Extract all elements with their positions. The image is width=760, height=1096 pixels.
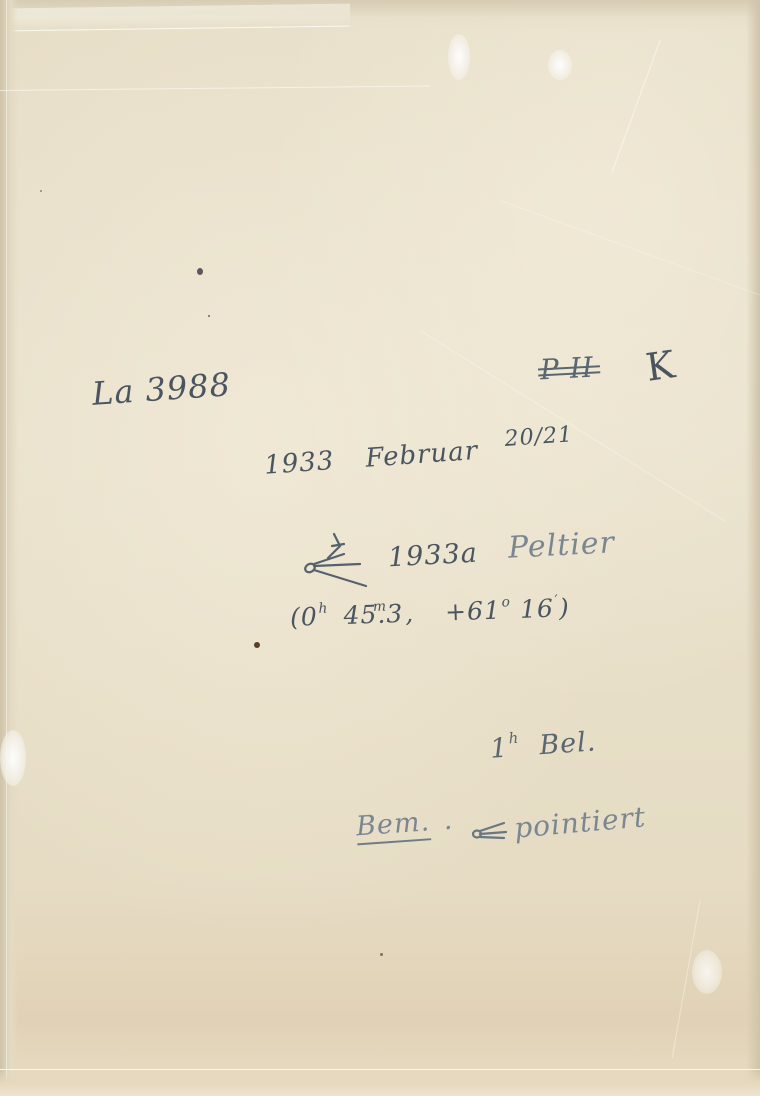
remark-label: Bem.: [355, 806, 431, 845]
remark-separator: .: [442, 805, 454, 837]
plate-code: P II: [539, 351, 595, 387]
paper-bottom-edge: [0, 1069, 760, 1096]
comet-name: Peltier: [507, 525, 616, 566]
dec-degrees-unit: o: [501, 594, 511, 610]
dec-minutes: 16: [520, 594, 555, 624]
paper-tear: [548, 50, 572, 80]
ink-spot: [208, 315, 210, 317]
plate-letter: K: [643, 342, 678, 390]
exposure-value: 1: [489, 732, 509, 764]
paper-left-fold-line: [6, 0, 7, 1096]
exposure-unit: h: [508, 728, 520, 747]
ink-spot: [380, 953, 383, 956]
date-year: 1933: [263, 446, 335, 481]
paper-top-fold: [0, 4, 350, 32]
paper-crease: [612, 40, 661, 172]
paper-crease: [0, 85, 430, 91]
exposure: 1h Bel.: [489, 726, 597, 764]
comet-icon: [470, 818, 510, 844]
paper-tear: [692, 950, 722, 994]
paper-tear: [448, 34, 470, 80]
ink-spot: [40, 190, 42, 192]
ink-spot: [254, 642, 260, 648]
ra-minutes-unit: m: [373, 598, 388, 614]
ra-hours-unit: h: [318, 600, 328, 616]
paper-tear: [0, 730, 26, 786]
catalog-number: La 3988: [91, 365, 232, 413]
date-days: 20/21: [504, 421, 574, 452]
ink-spot: [197, 268, 203, 275]
date-month: Februar: [365, 436, 480, 474]
ra-hours: 0: [300, 602, 318, 632]
comet-designation: 1933a: [387, 538, 478, 574]
dec-degrees: +61: [445, 596, 502, 627]
struck-plate-code: P II: [539, 351, 595, 387]
coord-close-paren: ): [558, 593, 570, 622]
dec-minutes-unit: ′: [554, 592, 559, 608]
date-line: 1933 Februar 20/21: [263, 429, 574, 481]
coord-separator: ,: [405, 599, 415, 628]
comet-icon: [300, 516, 372, 588]
paper-crease: [500, 200, 760, 297]
document-page: La 3988 P II K 1933 Februar 20/21 1933a …: [0, 0, 760, 1096]
paper-right-edge: [746, 0, 760, 1096]
paper-left-edge: [0, 0, 18, 1096]
remark-text: pointiert: [513, 800, 648, 844]
remark: Bem. .: [355, 805, 454, 843]
catalog-number-text: La 3988: [91, 365, 232, 413]
coordinates: (0h 45.3m, +61o 16′): [290, 593, 571, 632]
exposure-label: Bel.: [538, 726, 597, 761]
